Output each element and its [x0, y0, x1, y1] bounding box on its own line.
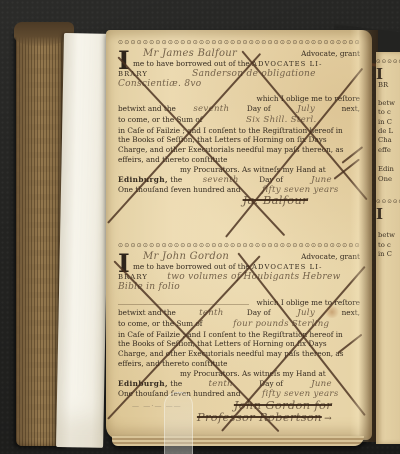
form-2-edinburgh-line: Edinburgh, the tenth Day of June — [118, 379, 360, 390]
borrower-name-handwritten: Mr John Gordon — [133, 252, 301, 262]
the-print: the — [170, 175, 182, 185]
form-2-book-line-2: Bible in folio — [118, 282, 360, 293]
signed-month-handwritten: June — [283, 380, 360, 390]
form-2-sum-line: to come, or the Sum of four pounds Sterl… — [118, 319, 360, 330]
ink-stain — [324, 306, 340, 318]
advocates-li-print: ADVOCATES LI- — [252, 60, 322, 68]
stacked-page-edges — [112, 436, 364, 446]
white-guard-strip — [56, 33, 111, 448]
restore-day-handwritten: tenth — [176, 309, 247, 319]
session-print: the Books of Seſſion, that Letters of Ho… — [118, 339, 360, 349]
text-fragment: in C — [376, 250, 400, 259]
the-print: the — [170, 379, 182, 389]
text-fragment: Edin — [376, 165, 400, 174]
page-gutter-shadow — [350, 30, 378, 442]
book-title-handwritten-2: Conscientiæ. 8vo — [118, 79, 201, 89]
day-of-print: Day of — [247, 104, 271, 114]
borrow-form-1: ⊙⊙⊙⊙⊙⊙⊙⊙⊙⊙⊙⊙⊙⊙⊙⊙⊙⊙⊙⊙⊙⊙⊙⊙⊙⊙⊙⊙⊙⊙⊙⊙⊙⊙⊙⊙⊙⊙⊙⊙… — [118, 39, 360, 207]
borrowed-print: me to have borrowed out of the — [133, 59, 252, 68]
text-fragment: to c — [376, 241, 400, 250]
failzie-print: in Caſe of Failzie ; and I conſent to th… — [118, 330, 360, 340]
text-fragment: BR — [376, 81, 400, 90]
sum-label-print: to come, or the Sum of — [118, 115, 203, 125]
ornament-border-icon: ⊙⊙⊙⊙⊙⊙⊙⊙⊙⊙⊙⊙⊙⊙⊙⊙⊙⊙⊙⊙⊙⊙⊙⊙⊙⊙⊙⊙⊙⊙⊙⊙⊙⊙⊙⊙⊙⊙⊙⊙ — [118, 39, 360, 46]
advocates-li-print: ADVOCATES LI- — [252, 263, 322, 271]
borrower-name-handwritten: Mr James Balfour — [133, 49, 301, 59]
sum-handwritten: Six Shill. Sterl. — [203, 116, 360, 126]
form-1-edinburgh-line: Edinburgh, the seventh Day of June — [118, 175, 360, 186]
next-leaf-edge: ⊙⊙⊙⊙⊙⊙ I BR betw to c in C de L Cha effe… — [376, 52, 400, 444]
borrow-form-2: ⊙⊙⊙⊙⊙⊙⊙⊙⊙⊙⊙⊙⊙⊙⊙⊙⊙⊙⊙⊙⊙⊙⊙⊙⊙⊙⊙⊙⊙⊙⊙⊙⊙⊙⊙⊙⊙⊙⊙⊙… — [118, 242, 360, 425]
register-page: ⊙⊙⊙⊙⊙⊙⊙⊙⊙⊙⊙⊙⊙⊙⊙⊙⊙⊙⊙⊙⊙⊙⊙⊙⊙⊙⊙⊙⊙⊙⊙⊙⊙⊙⊙⊙⊙⊙⊙⊙… — [106, 30, 372, 440]
blank-rule — [118, 297, 249, 305]
form-1-book-line-2: Conscientiæ. 8vo — [118, 79, 360, 90]
text-fragment: to c — [376, 108, 400, 117]
book-title-handwritten-1: Sanderson de obligatione — [148, 70, 360, 80]
text-fragment: betw — [376, 231, 400, 240]
form-1-borrowed-line: me to have borrowed out of the ADVOCATES… — [118, 59, 360, 70]
text-fragment: effe — [376, 146, 400, 155]
transparent-page-strap — [164, 392, 193, 454]
session-print: the Books of Seſſion, that Letters of Ho… — [118, 135, 360, 145]
dropcap-fragment: I — [376, 207, 400, 221]
day-of-print: Day of — [247, 308, 271, 318]
text-fragment: One — [376, 175, 400, 184]
form-1-name-line: Mr James Balfour Advocate, grant — [118, 49, 360, 59]
ornament-border-icon: ⊙⊙⊙⊙⊙⊙⊙⊙⊙⊙⊙⊙⊙⊙⊙⊙⊙⊙⊙⊙⊙⊙⊙⊙⊙⊙⊙⊙⊙⊙⊙⊙⊙⊙⊙⊙⊙⊙⊙⊙ — [118, 242, 360, 249]
signed-day-handwritten: tenth — [182, 380, 259, 390]
form-1-body: I Mr James Balfour Advocate, grant me to… — [118, 49, 360, 207]
oblige-print: which I oblige me to reſtore — [257, 94, 360, 104]
book-title-handwritten-2: Bible in folio — [118, 282, 180, 292]
sum-label-print: to come, or the Sum of — [118, 319, 203, 329]
failzie-print: in Caſe of Failzie ; and I conſent to th… — [118, 126, 360, 136]
dropcap-fragment: I — [376, 67, 400, 81]
text-fragment: Cha — [376, 136, 400, 145]
oblige-print: which I oblige me to reſtore — [257, 298, 360, 308]
text-fragment: betw — [376, 99, 400, 108]
arrow-mark-icon: → — [324, 414, 332, 424]
effeirs-print: effeirs, and thereto conſtitute — [118, 155, 360, 165]
signed-day-handwritten: seventh — [182, 176, 259, 186]
charge-print: Charge, and other Executorials needful m… — [118, 349, 360, 359]
form-1-signature-block: Ja: Balfour — [118, 196, 360, 207]
borrowed-print: me to have borrowed out of the — [133, 262, 252, 271]
form-2-borrowed-line: me to have borrowed out of the ADVOCATES… — [118, 262, 360, 273]
text-fragment: in C — [376, 118, 400, 127]
sum-handwritten: four pounds Sterling — [203, 320, 360, 330]
text-fragment: de L — [376, 127, 400, 136]
